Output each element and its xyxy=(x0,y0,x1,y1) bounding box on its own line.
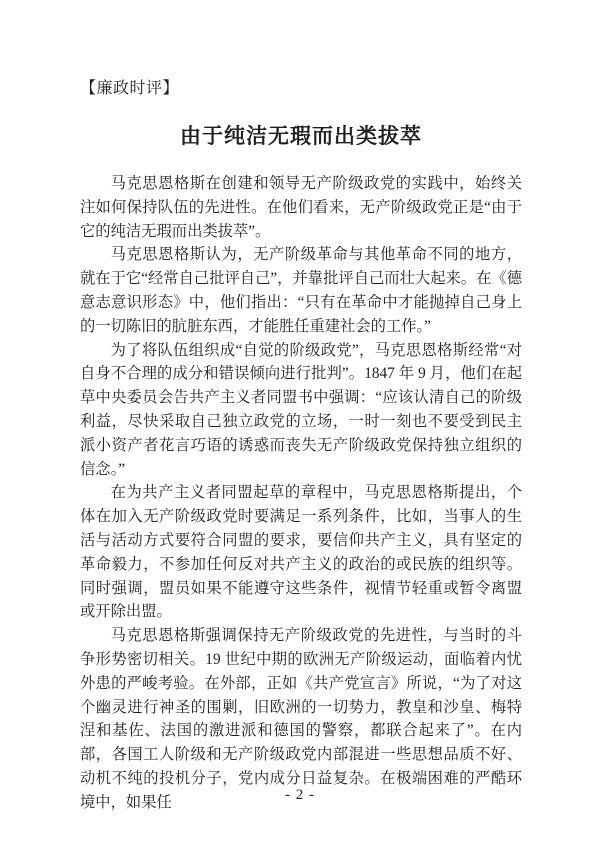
paragraph: 为了将队伍组织成“自觉的阶级政党”，马克思恩格斯经常“对自身不合理的成分和错误倾… xyxy=(80,339,522,482)
paragraph: 在为共产主义者同盟起草的章程中，马克思恩格斯提出，个体在加入无产阶级政党时要满足… xyxy=(80,481,522,624)
section-tag: 【廉政时评】 xyxy=(80,80,522,98)
page-number: - 2 - xyxy=(0,786,600,804)
paragraph: 马克思恩格斯在创建和领导无产阶级政党的实践中，始终关注如何保持队伍的先进性。在他… xyxy=(80,172,522,243)
document-content: 【廉政时评】 由于纯洁无瑕而出类拔萃 马克思恩格斯在创建和领导无产阶级政党的实践… xyxy=(80,80,522,815)
document-body: 马克思恩格斯在创建和领导无产阶级政党的实践中，始终关注如何保持队伍的先进性。在他… xyxy=(80,172,522,815)
document-title: 由于纯洁无瑕而出类拔萃 xyxy=(80,122,522,150)
paragraph: 马克思恩格斯认为，无产阶级革命与其他革命不同的地方，就在于它“经常自己批评自己”… xyxy=(80,243,522,338)
document-page: 【廉政时评】 由于纯洁无瑕而出类拔萃 马克思恩格斯在创建和领导无产阶级政党的实践… xyxy=(0,0,600,849)
